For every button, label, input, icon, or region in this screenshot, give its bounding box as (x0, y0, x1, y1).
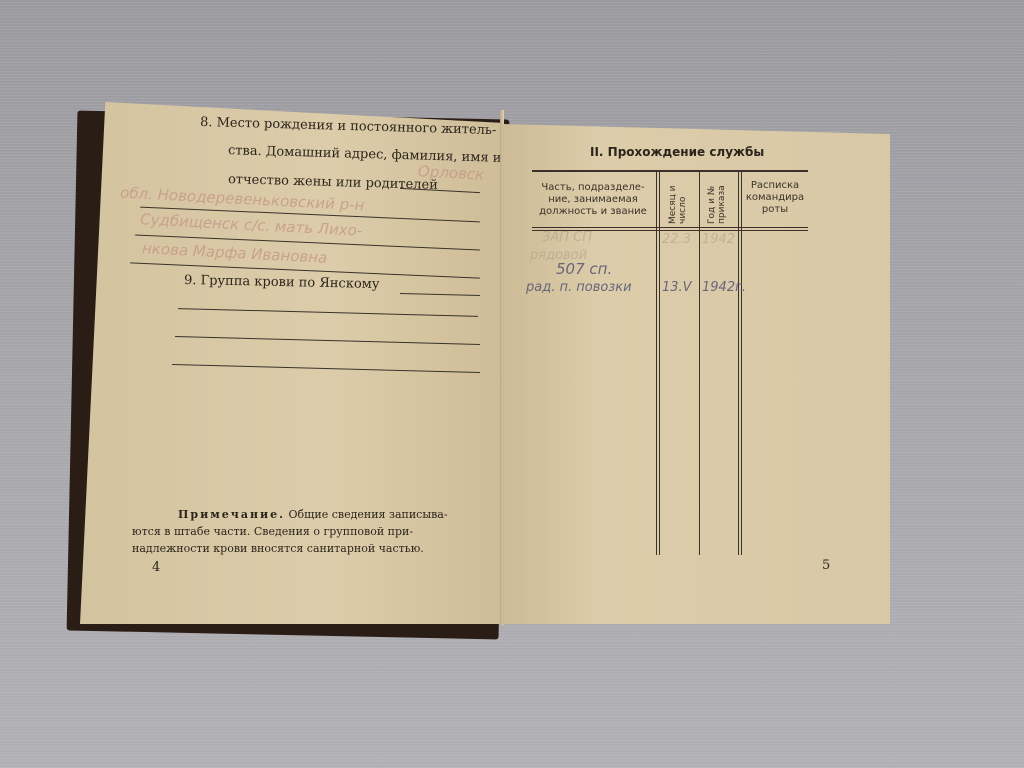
table-col-divider (659, 172, 660, 555)
row1-year-order: 1942 (702, 232, 735, 247)
page-number-right: 5 (822, 558, 830, 573)
col-header-signature: Расписка командира роты (742, 180, 808, 216)
table-col-divider (699, 172, 700, 555)
note-line3: надлежности крови вносятся санитарной ча… (132, 540, 424, 557)
row1-unit-line1: ЗАП СП (542, 230, 592, 245)
right-page: II. Прохождение службы Часть, подразделе… (502, 124, 890, 624)
table-header-rule (532, 227, 808, 228)
handwriting-line4: нкова Марфа Ивановна (142, 239, 328, 267)
row2-year-order: 1942г. (702, 280, 746, 295)
item9-label: 9. Группа крови по Янскому (184, 270, 380, 295)
table-col-divider (741, 172, 742, 555)
note-text1: Общие сведения записыва- (285, 508, 448, 521)
fill-line (400, 293, 480, 296)
note-line2: ются в штабе части. Сведения о групповой… (132, 523, 413, 540)
note-line1: Примечание. Общие сведения записыва- (178, 506, 448, 523)
section-title: II. Прохождение службы (590, 142, 764, 163)
note-lead: Примечание. (178, 508, 285, 521)
item8-line1: 8. Место рождения и постоянного житель- (200, 112, 497, 141)
fill-line (175, 336, 480, 345)
fill-line (178, 308, 478, 317)
left-page: 8. Место рождения и постоянного житель- … (80, 102, 502, 624)
fill-line (172, 364, 480, 373)
row1-month-day: 22.3 (662, 232, 691, 247)
col-header-month-day: Месяц и число (668, 172, 688, 224)
handwriting-line1: Орловск (418, 162, 485, 183)
row2-unit-line1: 507 сп. (556, 260, 612, 278)
col-header-year-order: Год и № приказа (707, 172, 727, 224)
table-col-divider (656, 172, 657, 555)
table-col-divider (738, 172, 739, 555)
row2-month-day: 13.V (662, 280, 692, 295)
row2-unit-line2: рад. п. повозки (526, 280, 632, 295)
page-number-left: 4 (152, 560, 160, 575)
col-header-unit: Часть, подразделе- ние, занимаемая должн… (532, 182, 654, 218)
